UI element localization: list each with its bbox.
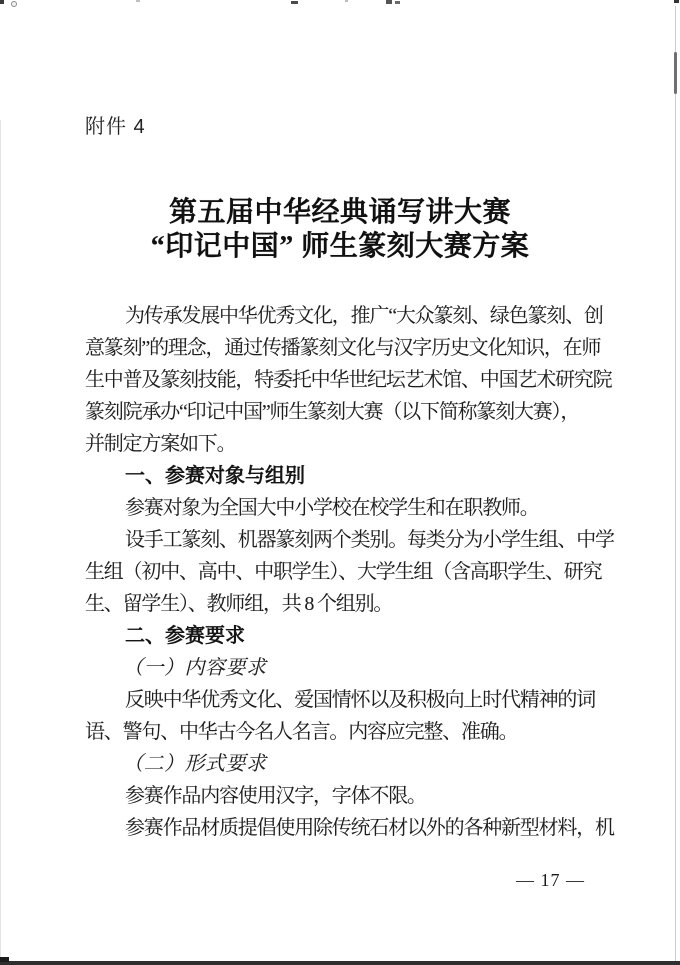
attachment-label: 附件 4 xyxy=(85,114,146,140)
scan-edge-smudge xyxy=(0,957,9,962)
scan-edge-line-right xyxy=(675,6,676,965)
text-line: 为传承发展中华优秀文化，推广“大众篆刻、绿色篆刻、创 xyxy=(85,300,605,332)
scan-speck xyxy=(345,0,348,2)
scan-edge-line-bottom xyxy=(0,961,680,965)
document-title: 第五届中华经典诵写讲大赛 “印记中国” 师生篆刻大赛方案 xyxy=(0,196,680,264)
text-line: 篆刻院承办“印记中国”师生篆刻大赛（以下简称篆刻大赛）， xyxy=(85,396,605,428)
document-title-line-1: 第五届中华经典诵写讲大赛 xyxy=(0,196,680,230)
text-line: 生、留学生）、教师组，共 8 个组别。 xyxy=(85,588,605,620)
scan-speck xyxy=(395,1,400,4)
section-heading: 一、参赛对象与组别 xyxy=(85,460,605,492)
scan-speck xyxy=(386,0,392,4)
text-line: 设手工篆刻、机器篆刻两个类别。每类分为小学生组、中学 xyxy=(85,524,605,556)
text-line: 反映中华优秀文化、爱国情怀以及积极向上时代精神的词 xyxy=(85,684,605,716)
scan-edge-line-left xyxy=(0,120,1,965)
text-line: 生组（初中、高中、中职学生）、大学生组（含高职学生、研究 xyxy=(85,556,605,588)
scan-speck xyxy=(11,1,17,7)
page-number: — 17 — xyxy=(516,870,585,891)
text-line: 意篆刻”的理念，通过传播篆刻文化与汉字历史文化知识，在师 xyxy=(85,332,605,364)
sub-heading: （二）形式要求 xyxy=(85,748,605,780)
text-line: 参赛对象为全国大中小学校在校学生和在职教师。 xyxy=(85,492,605,524)
text-line: 语、警句、中华古今名人名言。内容应完整、准确。 xyxy=(85,716,605,748)
document-title-line-2: “印记中国” 师生篆刻大赛方案 xyxy=(0,230,680,264)
scan-speck xyxy=(291,1,298,4)
scan-edge-smudge xyxy=(674,52,677,94)
sub-heading: （一）内容要求 xyxy=(85,652,605,684)
scan-speck xyxy=(0,0,4,4)
text-line: 并制定方案如下。 xyxy=(85,428,605,460)
text-line: 参赛作品内容使用汉字，字体不限。 xyxy=(85,780,605,812)
document-lines: 为传承发展中华优秀文化，推广“大众篆刻、绿色篆刻、创意篆刻”的理念，通过传播篆刻… xyxy=(85,300,605,844)
text-line: 生中普及篆刻技能，特委托中华世纪坛艺术馆、中国艺术研究院 xyxy=(85,364,605,396)
text-line: 参赛作品材质提倡使用除传统石材以外的各种新型材料，机 xyxy=(85,812,605,844)
scanned-document-page: 附件 4 第五届中华经典诵写讲大赛 “印记中国” 师生篆刻大赛方案 为传承发展中… xyxy=(0,0,680,965)
scan-speck xyxy=(674,0,679,3)
scan-speck xyxy=(136,0,140,2)
section-heading: 二、参赛要求 xyxy=(85,620,605,652)
